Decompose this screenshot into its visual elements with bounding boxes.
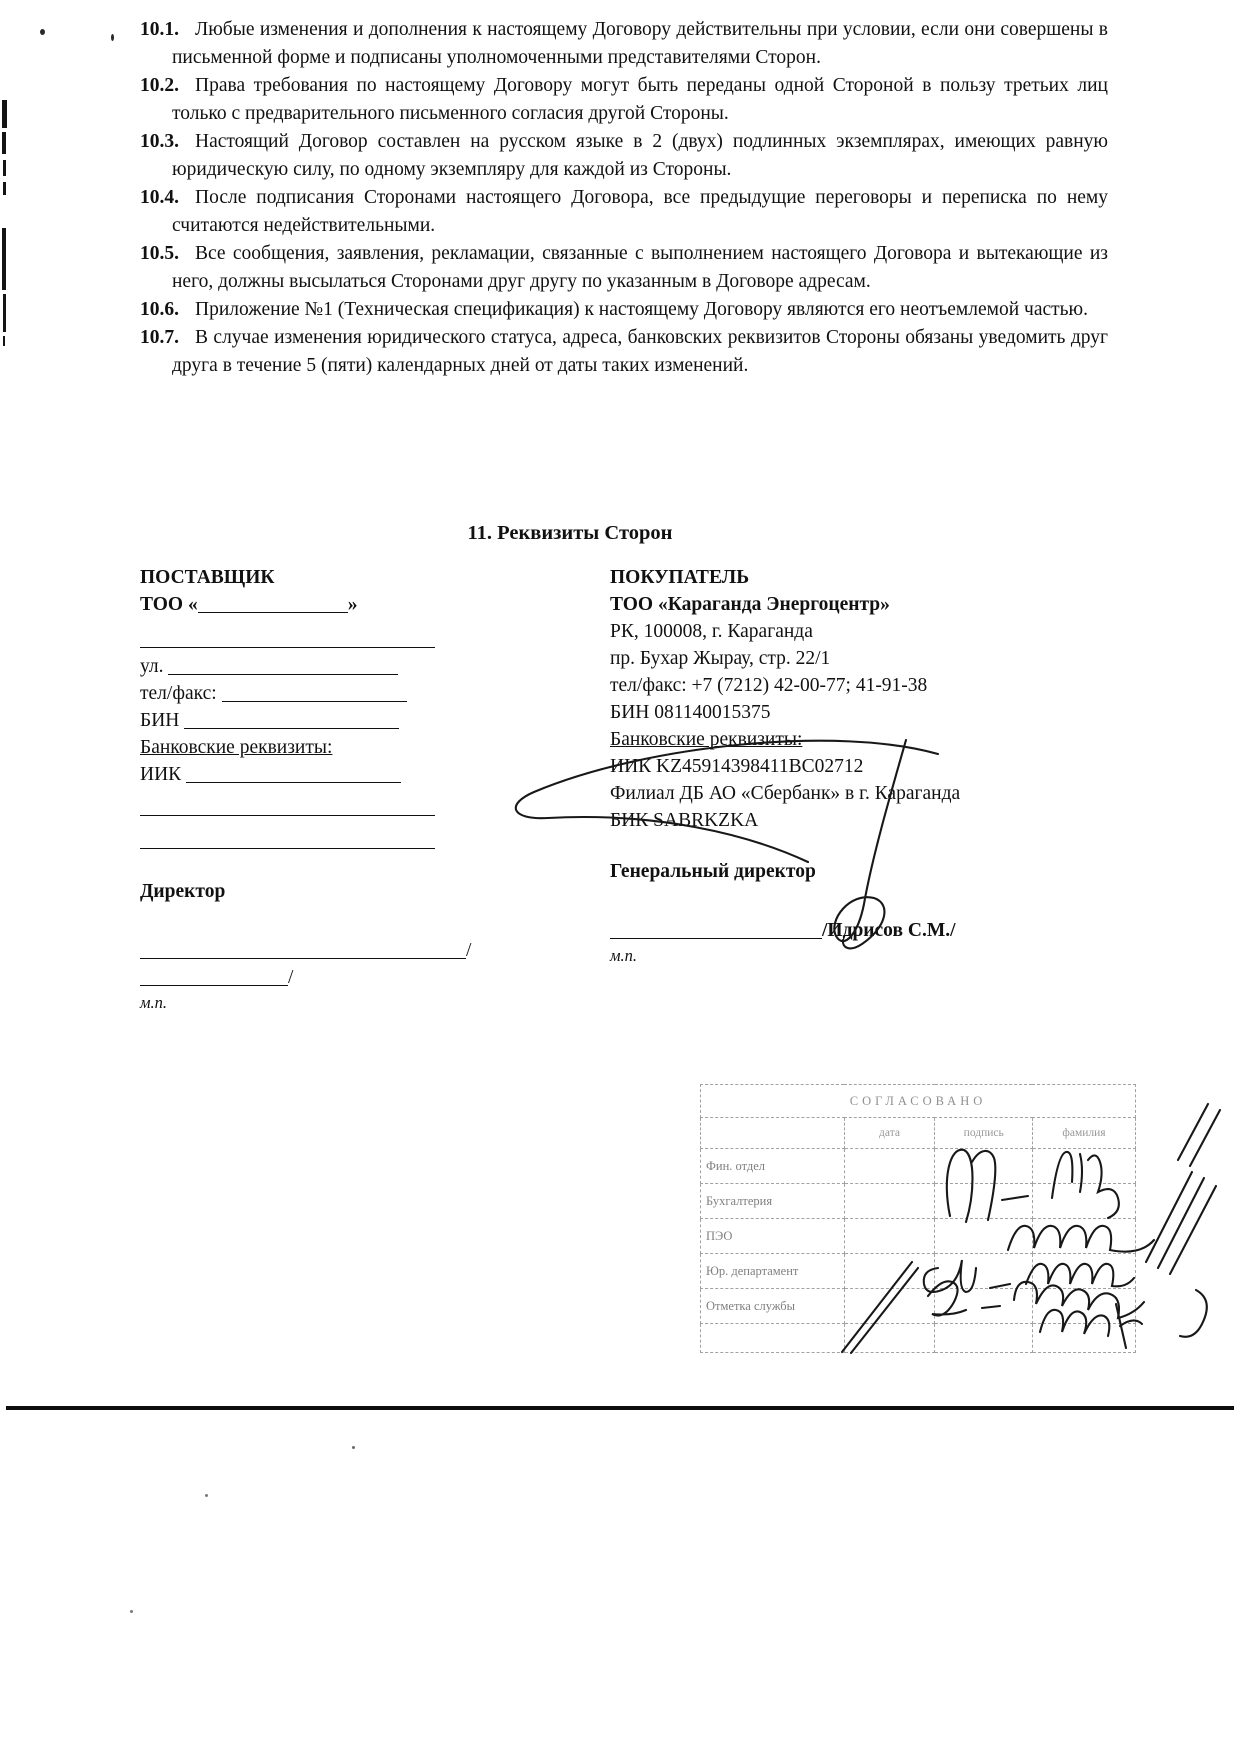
- scan-edge-mark: [2, 132, 6, 154]
- clause-number: 10.6.: [140, 299, 195, 320]
- stamp-cell: [844, 1184, 935, 1219]
- scan-edge-mark: [3, 160, 6, 176]
- buyer-mp: м.п.: [610, 944, 1130, 968]
- stamp-cell: [1032, 1289, 1135, 1324]
- clause-10-1: 10.1.Любые изменения и дополнения к наст…: [140, 16, 1108, 72]
- blank-field-street: [168, 655, 398, 675]
- supplier-too-prefix: ТОО «: [140, 594, 198, 615]
- clause-number: 10.5.: [140, 243, 195, 264]
- clause-text: Настоящий Договор составлен на русском я…: [172, 131, 1108, 180]
- telfax-label: тел/факс:: [140, 683, 217, 704]
- clause-10-2: 10.2.Права требования по настоящему Дого…: [140, 72, 1108, 128]
- clause-text: Приложение №1 (Техническая спецификация)…: [195, 299, 1088, 320]
- scan-edge-mark: [3, 294, 6, 332]
- clause-number: 10.7.: [140, 327, 195, 348]
- supplier-block: ПОСТАВЩИК ТОО «» ул. тел/факс: БИН Банко…: [140, 564, 610, 1015]
- clause-number: 10.2.: [140, 75, 195, 96]
- stamp-cell: [1032, 1324, 1135, 1353]
- stamp-row-label: Фин. отдел: [701, 1149, 845, 1184]
- supplier-too-suffix: »: [348, 594, 358, 615]
- slash: /: [288, 967, 293, 988]
- scan-speck: [130, 1610, 133, 1613]
- stamp-row-label: Отметка службы: [701, 1289, 845, 1324]
- buyer-heading: ПОКУПАТЕЛЬ: [610, 564, 1130, 591]
- scan-edge-mark: [2, 100, 7, 128]
- signature-hatch: [1178, 1104, 1220, 1166]
- blank-field-bin: [184, 709, 399, 729]
- stamp-cell: [935, 1324, 1032, 1353]
- stamp-row-label: ПЭО: [701, 1219, 845, 1254]
- buyer-director-title: Генеральный директор: [610, 858, 1130, 885]
- buyer-iik: ИИК KZ45914398411BC02712: [610, 753, 1130, 780]
- stamp-cell: [1032, 1149, 1135, 1184]
- buyer-bik: БИК SABRKZKA: [610, 807, 1130, 834]
- scan-edge-mark: [3, 182, 6, 195]
- stamp-cell: [1032, 1184, 1135, 1219]
- clause-number: 10.4.: [140, 187, 195, 208]
- stamp-row-label: Юр. департамент: [701, 1254, 845, 1289]
- clause-10-6: 10.6.Приложение №1 (Техническая специфик…: [140, 296, 1108, 324]
- blank-field-company: [198, 593, 348, 613]
- scanned-contract-page: 10.1.Любые изменения и дополнения к наст…: [0, 0, 1240, 1754]
- blank-field: [140, 829, 435, 849]
- stamp-cell: [935, 1254, 1032, 1289]
- clause-number: 10.3.: [140, 131, 195, 152]
- stamp-cell: [935, 1289, 1032, 1324]
- clause-number: 10.1.: [140, 19, 195, 40]
- clauses-section: 10.1.Любые изменения и дополнения к наст…: [140, 16, 1108, 380]
- stamp-cell: [844, 1254, 935, 1289]
- scan-speck: [111, 34, 114, 41]
- buyer-bank-branch: Филиал ДБ АО «Сбербанк» в г. Караганда: [610, 780, 1130, 807]
- stamp-col-date: дата: [844, 1118, 935, 1149]
- clause-text: В случае изменения юридического статуса,…: [172, 327, 1108, 376]
- stamp-cell: [935, 1219, 1032, 1254]
- scan-speck: [40, 29, 45, 35]
- supplier-director-title: Директор: [140, 878, 610, 905]
- buyer-signature-line: /Идрисов С.М./: [610, 917, 1130, 944]
- supplier-bank-label: Банковские реквизиты:: [140, 734, 610, 761]
- blank-field-signature: [610, 919, 822, 939]
- supplier-mp: м.п.: [140, 991, 610, 1015]
- buyer-signee: /Идрисов С.М./: [822, 920, 956, 941]
- street-label: ул.: [140, 656, 164, 677]
- bottom-horizontal-rule: [6, 1406, 1234, 1410]
- scan-edge-mark: [3, 336, 5, 346]
- buyer-telfax: тел/факс: +7 (7212) 42-00-77; 41-91-38: [610, 672, 1130, 699]
- stamp-cell: [935, 1149, 1032, 1184]
- blank-field-telfax: [222, 682, 407, 702]
- supplier-telfax-line: тел/факс:: [140, 680, 610, 707]
- buyer-address2: пр. Бухар Жырау, стр. 22/1: [610, 645, 1130, 672]
- clause-10-5: 10.5.Все сообщения, заявления, рекламаци…: [140, 240, 1108, 296]
- clause-10-4: 10.4.После подписания Сторонами настояще…: [140, 184, 1108, 240]
- clause-10-3: 10.3.Настоящий Договор составлен на русс…: [140, 128, 1108, 184]
- stamp-cell: [844, 1324, 935, 1353]
- slash: /: [466, 940, 471, 961]
- stamp-cell: [844, 1149, 935, 1184]
- stamp-cell: [701, 1324, 845, 1353]
- iik-label: ИИК: [140, 764, 181, 785]
- stamp-cell: [844, 1219, 935, 1254]
- buyer-block: ПОКУПАТЕЛЬ ТОО «Караганда Энергоцентр» Р…: [610, 564, 1130, 1015]
- buyer-bin: БИН 081140015375: [610, 699, 1130, 726]
- blank-field-name: [140, 966, 288, 986]
- scan-speck: [352, 1446, 355, 1449]
- supplier-company-line: ТОО «»: [140, 591, 610, 618]
- clause-text: После подписания Сторонами настоящего До…: [172, 187, 1108, 236]
- blank-field-iik: [186, 763, 401, 783]
- supplier-signature-line: //: [140, 937, 610, 991]
- approval-stamp-table: СОГЛАСОВАНО дата подпись фамилия Фин. от…: [700, 1084, 1136, 1353]
- blank-field: [140, 628, 435, 648]
- buyer-address1: РК, 100008, г. Караганда: [610, 618, 1130, 645]
- clause-10-7: 10.7.В случае изменения юридического ста…: [140, 324, 1108, 380]
- supplier-blank-line: [140, 788, 610, 821]
- bin-label: БИН: [140, 710, 179, 731]
- stamp-cell: [844, 1289, 935, 1324]
- stamp-col-surname: фамилия: [1032, 1118, 1135, 1149]
- supplier-bin-line: БИН: [140, 707, 610, 734]
- stamp-cell: [1032, 1254, 1135, 1289]
- buyer-bank-label: Банковские реквизиты:: [610, 726, 1130, 753]
- stamp-col-blank: [701, 1118, 845, 1149]
- requisites-columns: ПОСТАВЩИК ТОО «» ул. тел/факс: БИН Банко…: [140, 564, 1130, 1015]
- stamp-col-signature: подпись: [935, 1118, 1032, 1149]
- supplier-street-line: ул.: [140, 653, 610, 680]
- scan-speck: [205, 1494, 208, 1497]
- clause-text: Права требования по настоящему Договору …: [172, 75, 1108, 124]
- clause-text: Любые изменения и дополнения к настоящем…: [172, 19, 1108, 68]
- supplier-heading: ПОСТАВЩИК: [140, 564, 610, 591]
- stamp-cell: [1032, 1219, 1135, 1254]
- stamp-cell: [935, 1184, 1032, 1219]
- blank-field-signature: [140, 939, 466, 959]
- scan-edge-mark: [2, 228, 6, 290]
- signature-hatch: [1146, 1172, 1216, 1274]
- section-title: 11. Реквизиты Сторон: [0, 522, 1140, 545]
- supplier-blank-line: [140, 821, 610, 854]
- supplier-blank-line: [140, 618, 610, 653]
- clause-text: Все сообщения, заявления, рекламации, св…: [172, 243, 1108, 292]
- blank-field: [140, 796, 435, 816]
- buyer-company-name: ТОО «Караганда Энергоцентр»: [610, 591, 1130, 618]
- supplier-iik-line: ИИК: [140, 761, 610, 788]
- signature-scribble: [1180, 1290, 1207, 1337]
- stamp-row-label: Бухгалтерия: [701, 1184, 845, 1219]
- stamp-title: СОГЛАСОВАНО: [701, 1085, 1136, 1118]
